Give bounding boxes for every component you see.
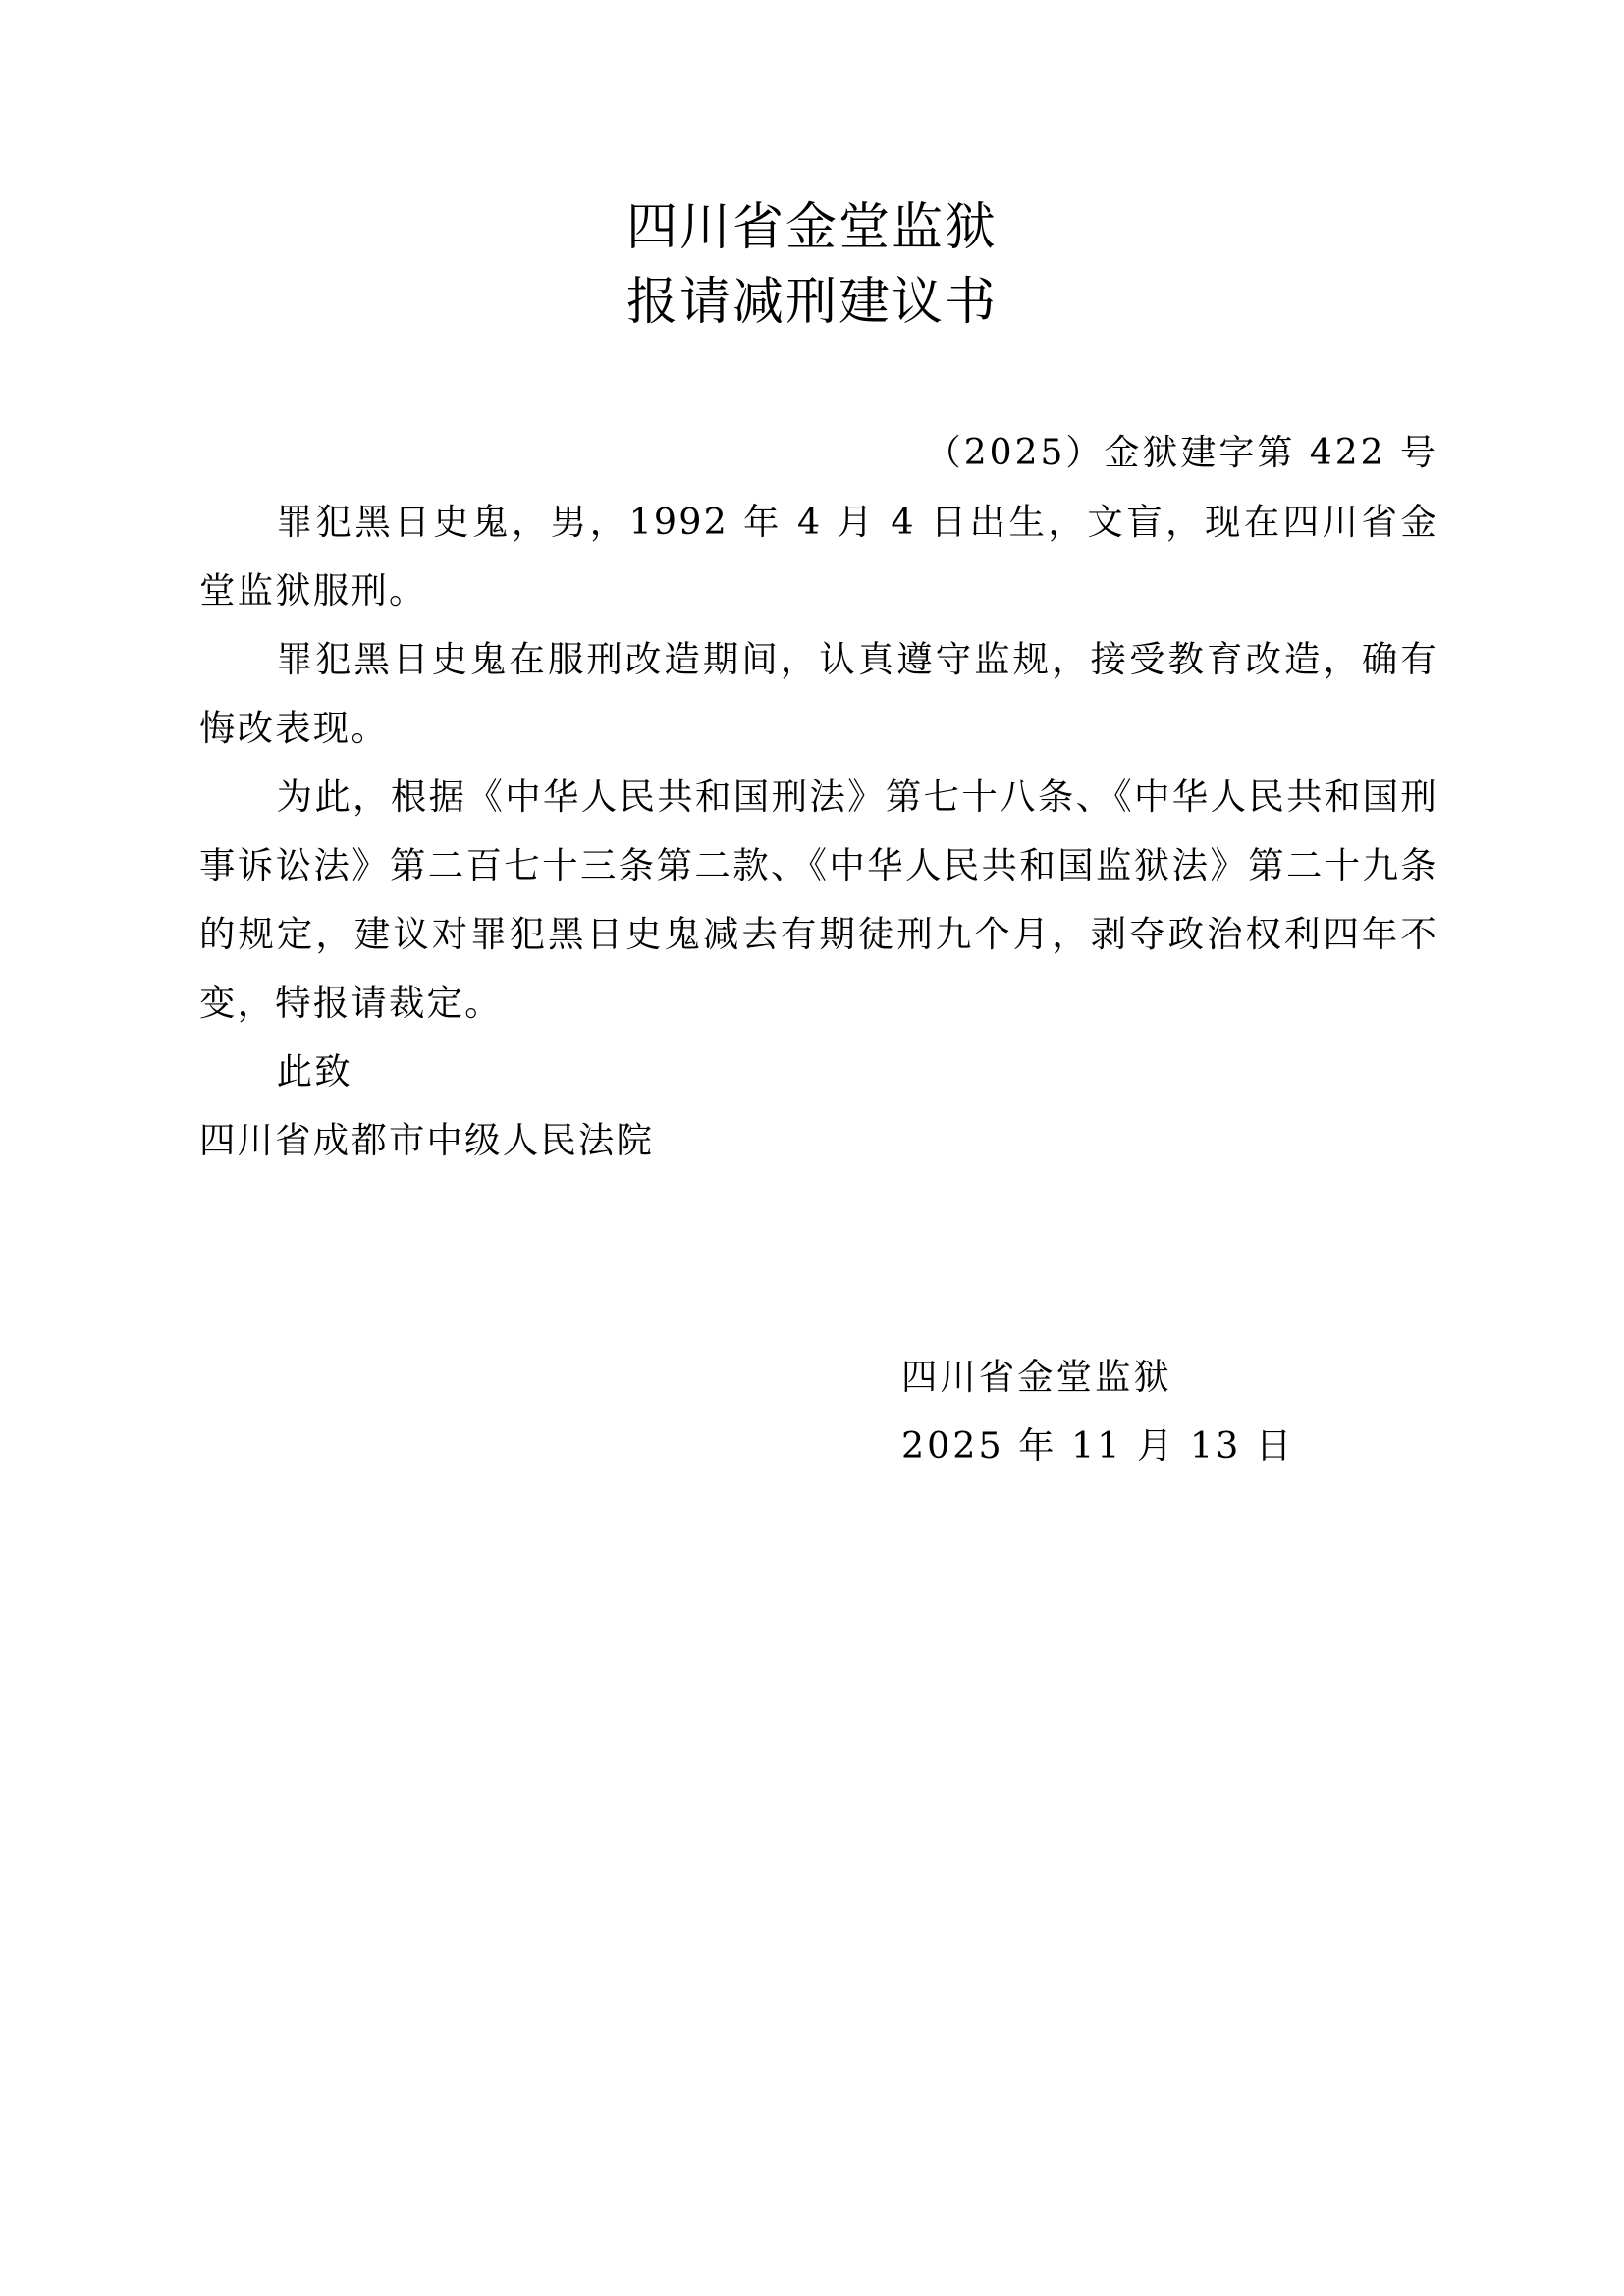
recipient-court: 四川省成都市中级人民法院 (199, 1106, 1438, 1175)
signature-organization: 四川省金堂监狱 (901, 1343, 1294, 1412)
paragraph-inmate-info: 罪犯黑日史鬼，男，1992 年 4 月 4 日出生，文盲，现在四川省金堂监狱服刑… (199, 488, 1438, 625)
paragraph-conduct: 罪犯黑日史鬼在服刑改造期间，认真遵守监规，接受教育改造，确有悔改表现。 (199, 625, 1438, 763)
document-body: 罪犯黑日史鬼，男，1992 年 4 月 4 日出生，文盲，现在四川省金堂监狱服刑… (199, 488, 1438, 1175)
title-line-document-type: 报请减刑建议书 (0, 267, 1624, 342)
paragraph-legal-basis: 为此，根据《中华人民共和国刑法》第七十八条、《中华人民共和国刑事诉讼法》第二百七… (199, 763, 1438, 1038)
document-number: （2025）金狱建字第 422 号 (926, 424, 1438, 483)
signature-date: 2025 年 11 月 13 日 (901, 1412, 1294, 1480)
signature-block: 四川省金堂监狱 2025 年 11 月 13 日 (901, 1343, 1294, 1480)
closing-salutation: 此致 (199, 1038, 1438, 1106)
document-title: 四川省金堂监狱 报请减刑建议书 (0, 192, 1624, 342)
document-page: 四川省金堂监狱 报请减刑建议书 （2025）金狱建字第 422 号 罪犯黑日史鬼… (0, 0, 1624, 2296)
title-line-organization: 四川省金堂监狱 (0, 192, 1624, 267)
